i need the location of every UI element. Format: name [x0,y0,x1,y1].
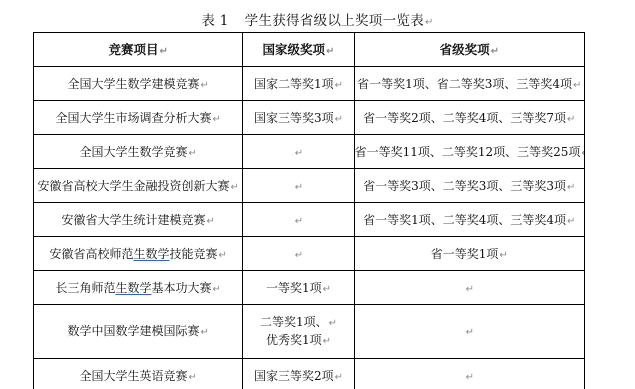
paragraph-mark-icon: ↵ [466,284,474,295]
paragraph-mark-icon: ↵ [581,148,584,159]
caption-title: 学生获得省级以上奖项一览表 [245,13,424,29]
paragraph-mark-icon: ↵ [567,182,575,193]
paragraph-mark-icon: ↵ [326,46,334,57]
paragraph-mark-icon: ↵ [207,216,215,227]
cell-provincial: 省一等奖1项、省二等奖3项、三等奖4项↵ [354,67,584,101]
cell-competition: 长三角师范生数学基本功大赛↵ [34,271,243,305]
cell-national: ↵ [243,135,354,169]
paragraph-mark-icon: ↵ [567,114,575,125]
paragraph-mark-icon: ↵ [231,182,239,193]
cell-national: 国家三等奖3项↵ [243,101,354,135]
cell-provincial: 省一等奖1项、二等奖4项、三等奖4项↵ [354,203,584,237]
cell-competition: 全国大学生数学竞赛↵ [34,135,243,169]
cell-competition: 全国大学生市场调查分析大赛↵ [34,101,243,135]
paragraph-mark-icon: ↵ [213,284,221,295]
table-row: 全国大学生英语竞赛↵ 国家三等奖2项↵ ↵ [34,359,585,389]
paragraph-mark-icon: ↵ [329,318,337,329]
cell-provincial: ↵ [354,359,584,389]
paragraph-mark-icon: ↵ [335,80,343,91]
paragraph-mark-icon: ↵ [189,372,197,383]
cell-national: 一等奖1项↵ [243,271,354,305]
table-row: 全国大学生数学建模竞赛↵ 国家二等奖1项↵ 省一等奖1项、省二等奖3项、三等奖4… [34,67,585,101]
paragraph-mark-icon: ↵ [335,372,343,383]
paragraph-mark-icon: ↵ [201,80,209,91]
header-provincial: 省级奖项↵ [354,33,584,67]
table-row: 数学中国数学建模国际赛↵ 二等奖1项、↵优秀奖1项↵ ↵ [34,305,585,359]
paragraph-mark-icon: ↵ [567,216,575,227]
cell-national: ↵ [243,169,354,203]
cell-national: ↵ [243,237,354,271]
paragraph-mark-icon: ↵ [425,17,434,28]
table-row: 全国大学生市场调查分析大赛↵ 国家三等奖3项↵ 省一等奖2项、二等奖4项、三等奖… [34,101,585,135]
cell-competition: 全国大学生数学建模竞赛↵ [34,67,243,101]
paragraph-mark-icon: ↵ [491,46,499,57]
paragraph-mark-icon: ↵ [499,250,507,261]
cell-provincial: 省一等奖3项、二等奖3项、三等奖3项↵ [354,169,584,203]
paragraph-mark-icon: ↵ [295,182,303,193]
table-row: 全国大学生数学竞赛↵ ↵ 省一等奖11项、二等奖12项、三等奖25项↵ [34,135,585,169]
cell-provincial: 省一等奖11项、二等奖12项、三等奖25项↵ [354,135,584,169]
table-header-row: 竞赛项目↵ 国家级奖项↵ 省级奖项↵ [34,33,585,67]
cell-national: 二等奖1项、↵优秀奖1项↵ [243,305,354,359]
table-caption: 表 1学生获得省级以上奖项一览表↵ [0,9,635,29]
paragraph-mark-icon: ↵ [323,336,331,347]
table-row: 安徽省高校师范生数学技能竞赛↵ ↵ 省一等奖1项↵ [34,237,585,271]
table-row: 长三角师范生数学基本功大赛↵ 一等奖1项↵ ↵ [34,271,585,305]
paragraph-mark-icon: ↵ [160,46,168,57]
paragraph-mark-icon: ↵ [323,284,331,295]
paragraph-mark-icon: ↵ [466,327,474,338]
paragraph-mark-icon: ↵ [189,148,197,159]
spellcheck-underline: 生数学 [133,247,169,261]
cell-provincial: 省一等奖2项、二等奖4项、三等奖7项↵ [354,101,584,135]
paragraph-mark-icon: ↵ [295,148,303,159]
cell-competition: 数学中国数学建模国际赛↵ [34,305,243,359]
cell-provincial: 省一等奖1项↵ [354,237,584,271]
paragraph-mark-icon: ↵ [335,114,343,125]
paragraph-mark-icon: ↵ [466,372,474,383]
cell-competition: 安徽省大学生统计建模竞赛↵ [34,203,243,237]
paragraph-mark-icon: ↵ [295,250,303,261]
cell-national: ↵ [243,203,354,237]
caption-number: 表 1 [201,13,228,29]
spellcheck-underline: 生数学 [115,281,151,295]
cell-provincial: ↵ [354,305,584,359]
cell-competition: 安徽省高校大学生金融投资创新大赛↵ [34,169,243,203]
header-national: 国家级奖项↵ [243,33,354,67]
cell-national: 国家二等奖1项↵ [243,67,354,101]
table-row: 安徽省高校大学生金融投资创新大赛↵ ↵ 省一等奖3项、二等奖3项、三等奖3项↵ [34,169,585,203]
awards-table: 竞赛项目↵ 国家级奖项↵ 省级奖项↵ 全国大学生数学建模竞赛↵ 国家二等奖1项↵… [33,32,585,389]
paragraph-mark-icon: ↵ [219,250,227,261]
cell-competition: 安徽省高校师范生数学技能竞赛↵ [34,237,243,271]
paragraph-mark-icon: ↵ [295,216,303,227]
cell-competition: 全国大学生英语竞赛↵ [34,359,243,389]
header-competition: 竞赛项目↵ [34,33,243,67]
paragraph-mark-icon: ↵ [573,80,581,91]
table-row: 安徽省大学生统计建模竞赛↵ ↵ 省一等奖1项、二等奖4项、三等奖4项↵ [34,203,585,237]
paragraph-mark-icon: ↵ [201,327,209,338]
cell-national: 国家三等奖2项↵ [243,359,354,389]
paragraph-mark-icon: ↵ [213,114,221,125]
cell-provincial: ↵ [354,271,584,305]
